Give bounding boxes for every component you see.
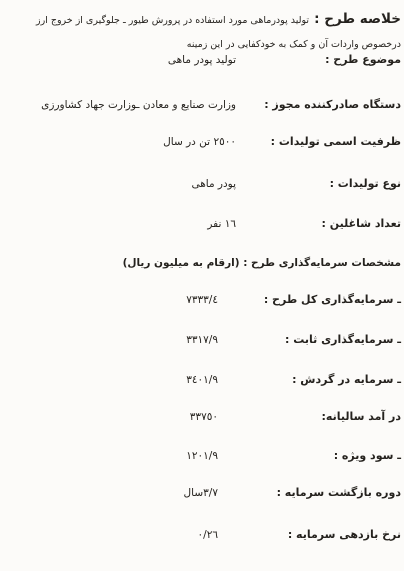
field-value-license-issuer: وزارت صنایع و معادن ـوزارت جهاد کشاورزی <box>41 99 236 111</box>
field-row-payback-period: دوره بازگشت سرمایه : ٣/٧سال <box>0 486 401 502</box>
field-label-production-type: نوع تولیدات : <box>330 177 401 190</box>
field-row-license-issuer: دستگاه صادرکننده مجوز : وزارت صنایع و مع… <box>0 98 401 114</box>
field-value-net-profit: ١٢٠١/٩ <box>186 450 218 462</box>
field-row-working-capital: ـ سرمایه در گردش : ٣٤٠١/٩ <box>0 373 401 389</box>
field-label-net-profit: ـ سود ویژه : <box>334 449 401 462</box>
document-title: خلاصه طرح : تولید پودرماهی مورد استفاده … <box>6 7 401 55</box>
field-label-employee-count: تعداد شاغلین : <box>321 217 401 230</box>
field-row-total-investment: ـ سرمایه‌گذاری کل طرح : ٧٣٣٣/٤ <box>0 293 401 309</box>
field-value-fixed-investment: ٣٣١٧/٩ <box>186 334 218 346</box>
field-label-payback-period: دوره بازگشت سرمایه : <box>277 486 401 499</box>
field-row-project-subject: موضوع طرح : تولید پودر ماهی <box>0 53 401 69</box>
field-value-working-capital: ٣٤٠١/٩ <box>186 374 218 386</box>
field-value-production-type: پودر ماهی <box>191 178 236 190</box>
field-row-nominal-capacity: ظرفیت اسمی تولیدات : ٢٥٠٠ تن در سال <box>0 135 401 151</box>
field-row-employee-count: تعداد شاغلین : ١٦ نفر <box>0 217 401 233</box>
field-label-return-rate: نرخ بازدهی سرمایه : <box>288 528 401 541</box>
field-value-project-subject: تولید پودر ماهی <box>168 54 236 66</box>
field-label-annual-income: در آمد سالیانه: <box>322 410 401 423</box>
field-label-total-investment: ـ سرمایه‌گذاری کل طرح : <box>264 293 401 306</box>
field-value-employee-count: ١٦ نفر <box>207 218 236 230</box>
field-value-payback-period: ٣/٧سال <box>184 487 218 499</box>
field-value-annual-income: ٣٣٧٥٠ <box>190 411 218 423</box>
field-row-fixed-investment: ـ سرمایه‌گذاری ثابت : ٣٣١٧/٩ <box>0 333 401 349</box>
field-label-project-subject: موضوع طرح : <box>325 53 401 66</box>
field-value-total-investment: ٧٣٣٣/٤ <box>186 294 218 306</box>
field-label-nominal-capacity: ظرفیت اسمی تولیدات : <box>271 135 401 148</box>
field-row-annual-income: در آمد سالیانه: ٣٣٧٥٠ <box>0 410 401 426</box>
field-value-return-rate: ٠/٢٦ <box>198 529 218 541</box>
field-label-license-issuer: دستگاه صادرکننده مجوز : <box>264 98 401 111</box>
field-value-nominal-capacity: ٢٥٠٠ تن در سال <box>163 136 236 148</box>
field-label-fixed-investment: ـ سرمایه‌گذاری ثابت : <box>285 333 401 346</box>
scanned-document-page: خلاصه طرح : تولید پودرماهی مورد استفاده … <box>0 0 404 571</box>
field-row-production-type: نوع تولیدات : پودر ماهی <box>0 177 401 193</box>
section-heading-investment: مشخصات سرمایه‌گذاری طرح : (ارقام به میلی… <box>123 257 401 269</box>
field-label-working-capital: ـ سرمایه در گردش : <box>292 373 401 386</box>
field-row-return-rate: نرخ بازدهی سرمایه : ٠/٢٦ <box>0 528 401 544</box>
title-heading: خلاصه طرح : <box>314 11 401 27</box>
field-row-net-profit: ـ سود ویژه : ١٢٠١/٩ <box>0 449 401 465</box>
